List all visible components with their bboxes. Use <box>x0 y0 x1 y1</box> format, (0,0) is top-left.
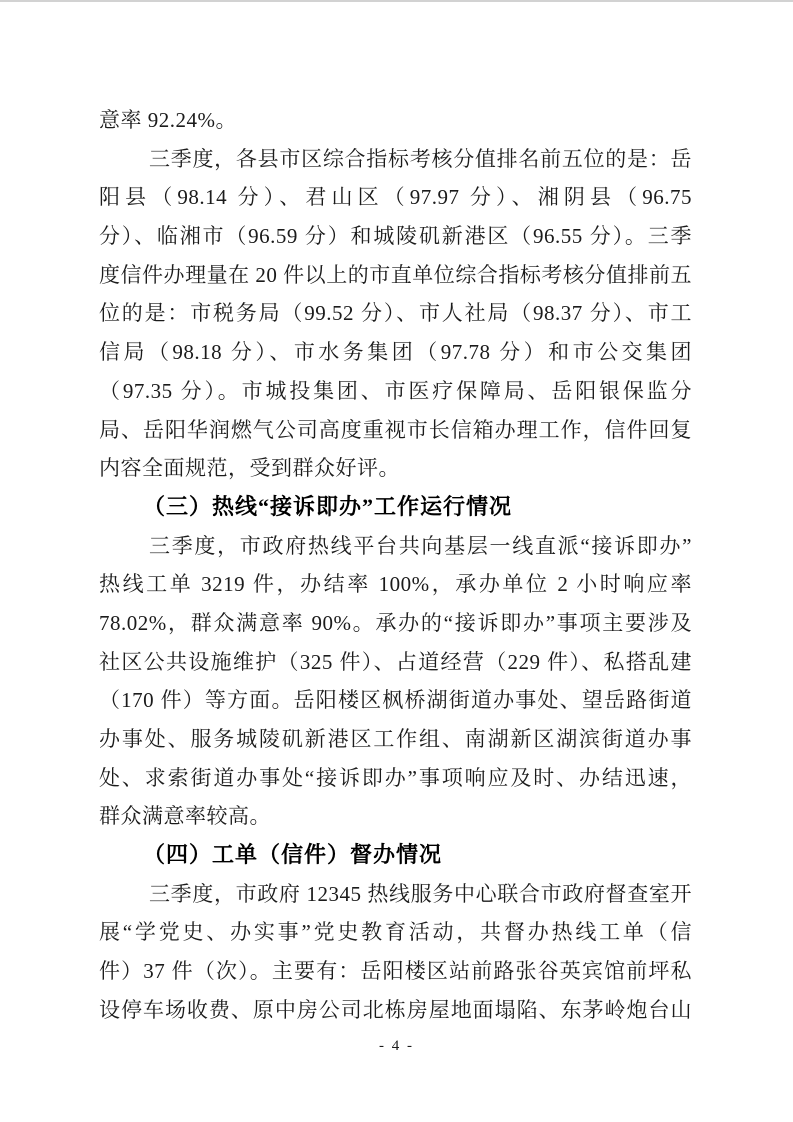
scan-edge-artifact <box>0 0 793 2</box>
section-heading-line: （四）工单（信件）督办情况 <box>99 836 692 875</box>
paragraph-line: 设停车场收费、原中房公司北栋房屋地面塌陷、东茅岭炮台山 <box>99 991 692 1030</box>
paragraph-line: 阳县（98.14 分）、君山区（97.97 分）、湘阴县（96.75 <box>99 178 692 217</box>
paragraph-line: （97.35 分）。市城投集团、市医疗保障局、岳阳银保监分 <box>99 372 692 411</box>
paragraph-line: 局、岳阳华润燃气公司高度重视市长信箱办理工作，信件回复 <box>99 411 692 450</box>
paragraph-line: 处、求索街道办事处“接诉即办”事项响应及时、办结迅速， <box>99 759 692 798</box>
paragraph-line: 内容全面规范，受到群众好评。 <box>99 449 692 488</box>
paragraph-line: 群众满意率较高。 <box>99 797 692 836</box>
paragraph-line: 信局（98.18 分）、市水务集团（97.78 分）和市公交集团 <box>99 333 692 372</box>
paragraph-line: 78.02%，群众满意率 90%。承办的“接诉即办”事项主要涉及 <box>99 604 692 643</box>
document-body: 意率 92.24%。三季度，各县市区综合指标考核分值排名前五位的是：岳阳县（98… <box>99 101 692 1030</box>
paragraph-line: 三季度，市政府 12345 热线服务中心联合市政府督查室开 <box>99 875 692 914</box>
paragraph-line: 分）、临湘市（96.59 分）和城陵矶新港区（96.55 分）。三季 <box>99 217 692 256</box>
page-number: - 4 - <box>0 1036 793 1056</box>
section-heading-line: （三）热线“接诉即办”工作运行情况 <box>99 488 692 527</box>
paragraph-line: 意率 92.24%。 <box>99 101 692 140</box>
paragraph-line: 办事处、服务城陵矶新港区工作组、南湖新区湖滨街道办事 <box>99 720 692 759</box>
paragraph-line: 度信件办理量在 20 件以上的市直单位综合指标考核分值排前五 <box>99 256 692 295</box>
paragraph-line: 三季度，各县市区综合指标考核分值排名前五位的是：岳 <box>99 140 692 179</box>
paragraph-line: （170 件）等方面。岳阳楼区枫桥湖街道办事处、望岳路街道 <box>99 681 692 720</box>
document-page: 意率 92.24%。三季度，各县市区综合指标考核分值排名前五位的是：岳阳县（98… <box>0 0 793 1122</box>
paragraph-line: 展“学党史、办实事”党史教育活动，共督办热线工单（信 <box>99 913 692 952</box>
paragraph-line: 件）37 件（次）。主要有：岳阳楼区站前路张谷英宾馆前坪私 <box>99 952 692 991</box>
paragraph-line: 热线工单 3219 件，办结率 100%，承办单位 2 小时响应率 <box>99 565 692 604</box>
paragraph-line: 社区公共设施维护（325 件）、占道经营（229 件）、私搭乱建 <box>99 643 692 682</box>
paragraph-line: 位的是：市税务局（99.52 分）、市人社局（98.37 分）、市工 <box>99 294 692 333</box>
paragraph-line: 三季度，市政府热线平台共向基层一线直派“接诉即办” <box>99 527 692 566</box>
